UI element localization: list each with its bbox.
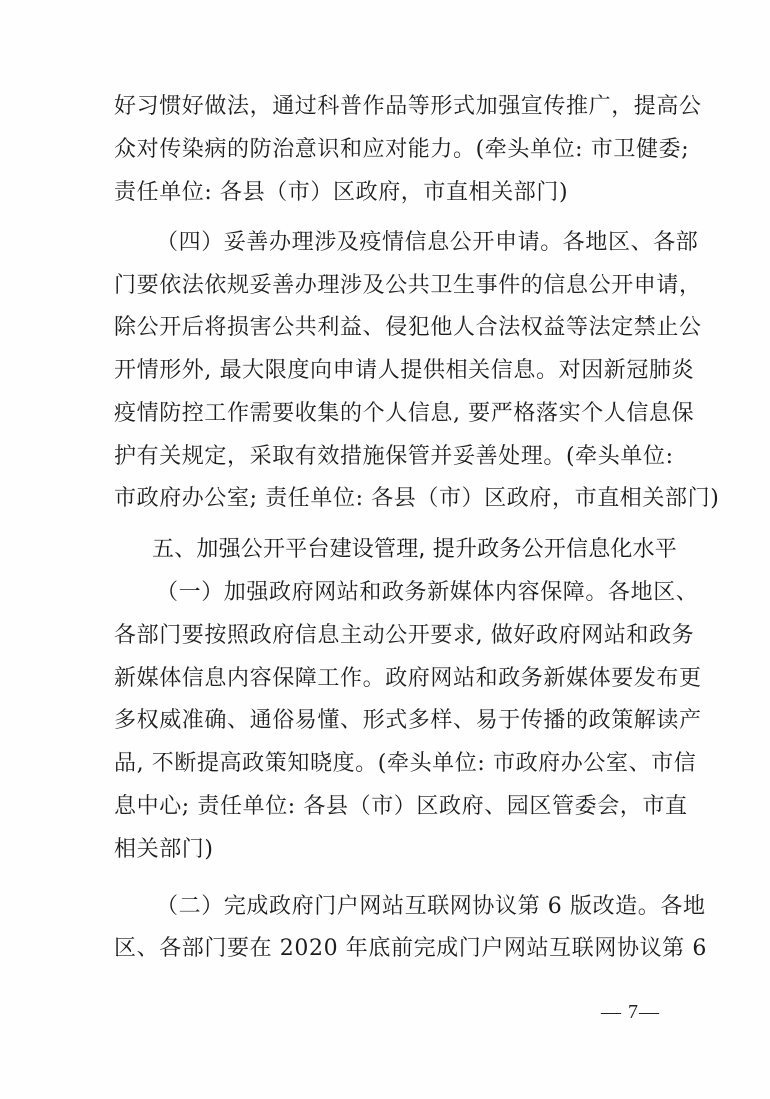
paragraph-line: 门要依法依规妥善办理涉及公共卫生事件的信息公开申请，: [114, 271, 666, 301]
paragraph-line: 开情形外, 最大限度向申请人提供相关信息。对因新冠肺炎: [114, 356, 666, 386]
paragraph-line: 好习惯好做法，通过科普作品等形式加强宣传推广，提高公: [114, 92, 666, 122]
paragraph-line: 护有关规定，采取有效措施保管并妥善处理。(牵头单位:: [114, 442, 666, 472]
paragraph-line: （二）完成政府门户网站互联网协议第 6 版改造。各地: [156, 892, 666, 922]
document-page: 好习惯好做法，通过科普作品等形式加强宣传推广，提高公 众对传染病的防治意识和应对…: [0, 0, 770, 1099]
paragraph-line: 疫情防控工作需要收集的个人信息, 要严格落实个人信息保: [114, 399, 666, 429]
paragraph-line: （四）妥善办理涉及疫情信息公开申请。各地区、各部: [156, 228, 666, 258]
paragraph-line: 多权威准确、通俗易懂、形式多样、易于传播的政策解读产: [114, 706, 666, 736]
paragraph-line: 责任单位: 各县（市）区政府，市直相关部门): [114, 178, 666, 208]
paragraph-line: 相关部门): [114, 835, 666, 865]
paragraph-line: 市政府办公室; 责任单位: 各县（市）区政府，市直相关部门): [114, 484, 666, 514]
paragraph-line: 众对传染病的防治意识和应对能力。(牵头单位: 市卫健委;: [114, 135, 666, 165]
paragraph-line: 品, 不断提高政策知晓度。(牵头单位: 市政府办公室、市信: [114, 749, 666, 779]
section-heading: 五、加强公开平台建设管理, 提升政务公开信息化水平: [152, 535, 677, 565]
page-number: — 7—: [601, 1000, 660, 1024]
paragraph-line: 新媒体信息内容保障工作。政府网站和政务新媒体要发布更: [114, 664, 666, 694]
paragraph-line: 息中心; 责任单位: 各县（市）区政府、园区管委会，市直: [114, 792, 666, 822]
paragraph-line: （一）加强政府网站和政务新媒体内容保障。各地区、: [156, 578, 666, 608]
paragraph-line: 区、各部门要在 2020 年底前完成门户网站互联网协议第 6: [114, 934, 666, 964]
paragraph-line: 各部门要按照政府信息主动公开要求, 做好政府网站和政务: [114, 621, 666, 651]
paragraph-line: 除公开后将损害公共利益、侵犯他人合法权益等法定禁止公: [114, 313, 666, 343]
